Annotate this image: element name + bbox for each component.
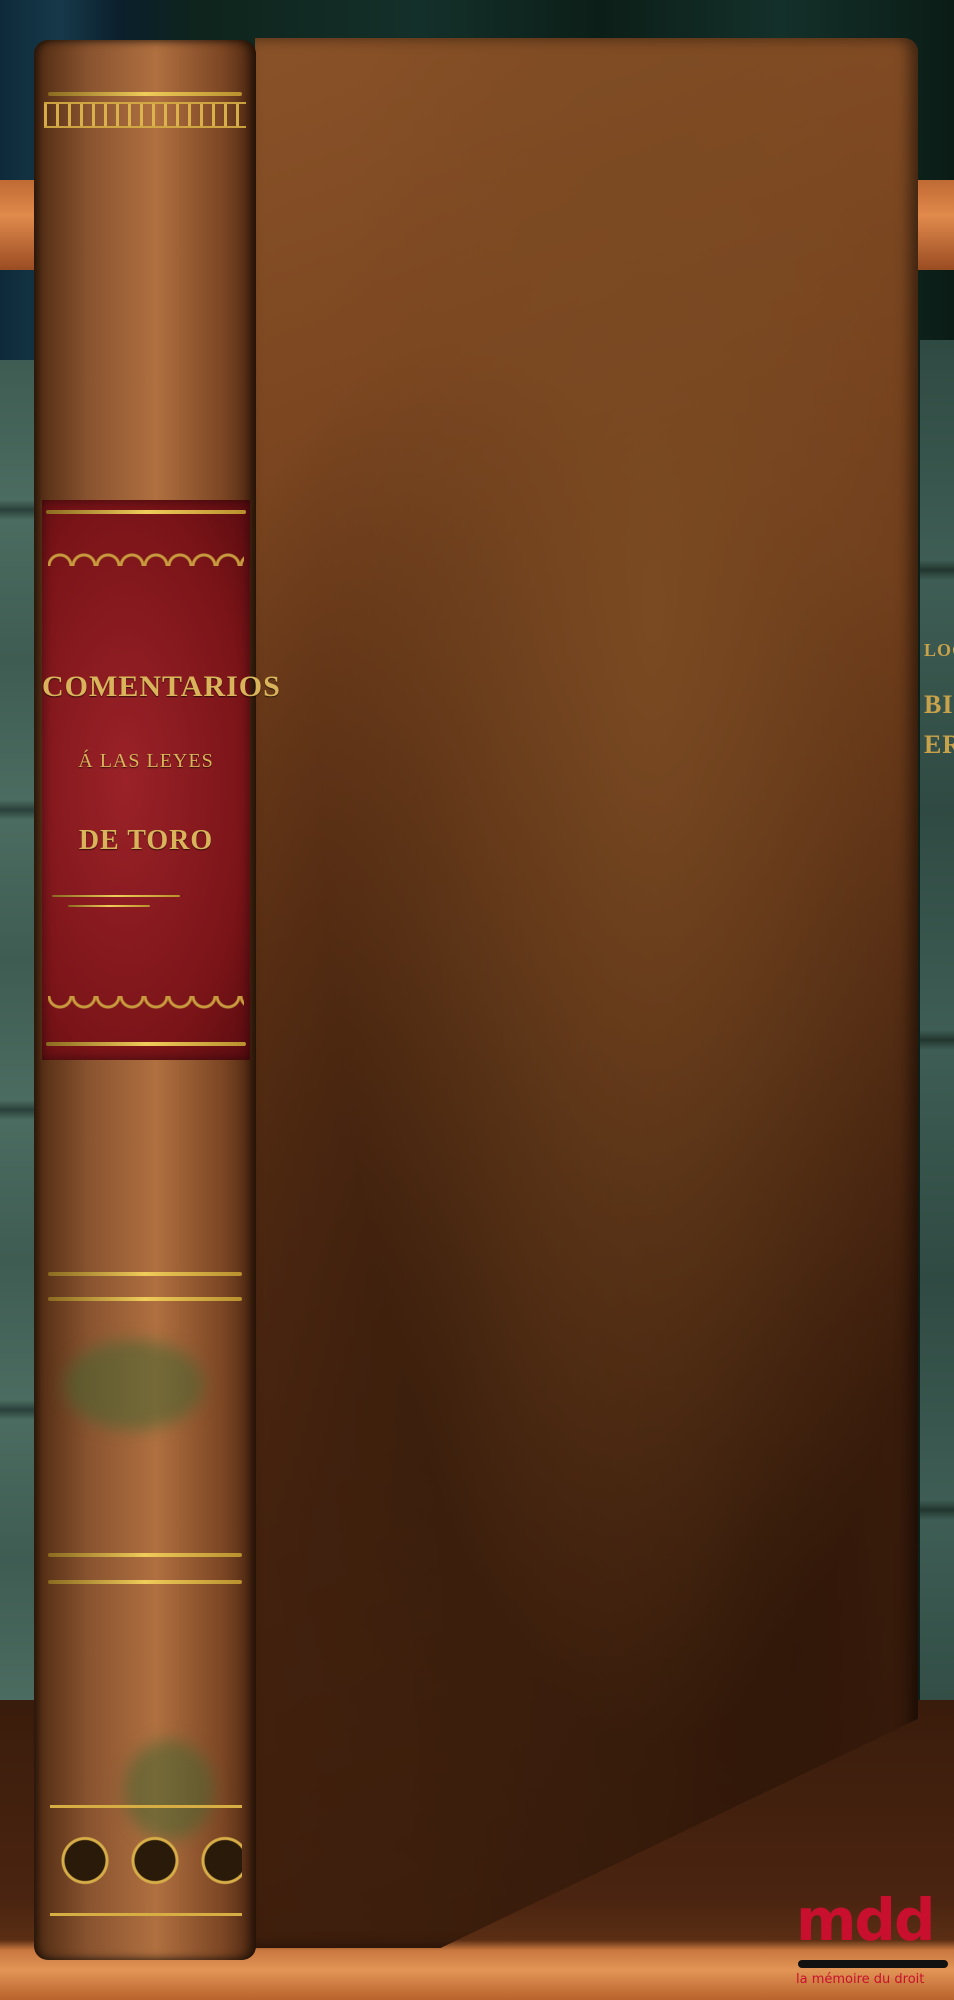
logo-mark: mdd [796,1890,933,1950]
logo-tagline: la mémoire du droit [796,1972,924,1987]
gold-fillet [48,1272,242,1276]
background-book-text: LOG [924,640,954,661]
book-front-board [255,38,918,1948]
gold-arch-ornament [48,988,244,1036]
gold-rule [52,895,180,897]
background-green-book-right [920,340,954,1700]
spine-title-label: COMENTARIOS Á LAS LEYES DE TORO [42,500,250,1060]
background-book-text: ER [924,730,954,760]
gold-fillet [48,92,242,96]
gold-fillet [46,510,246,514]
leather-stain [64,1340,204,1430]
book-spine: COMENTARIOS Á LAS LEYES DE TORO [34,40,256,1960]
watermark-logo: mdd la mémoire du droit [796,1890,954,2000]
gold-wave-ornament [44,102,246,128]
gold-fillet [46,1042,246,1046]
logo-bar [798,1960,948,1968]
gold-rule [68,905,150,907]
gold-arch-ornament [48,526,244,574]
gold-fillet [48,1297,242,1301]
gold-fillet [48,1580,242,1584]
spine-title-line-1: COMENTARIOS [42,670,250,704]
spine-title-line-2: Á LAS LEYES [42,750,250,773]
background-book-text: BI [924,690,953,720]
spine-title-line-3: DE TORO [42,825,250,857]
gold-fillet [48,1553,242,1557]
gold-tail-ornament [50,1805,242,1916]
